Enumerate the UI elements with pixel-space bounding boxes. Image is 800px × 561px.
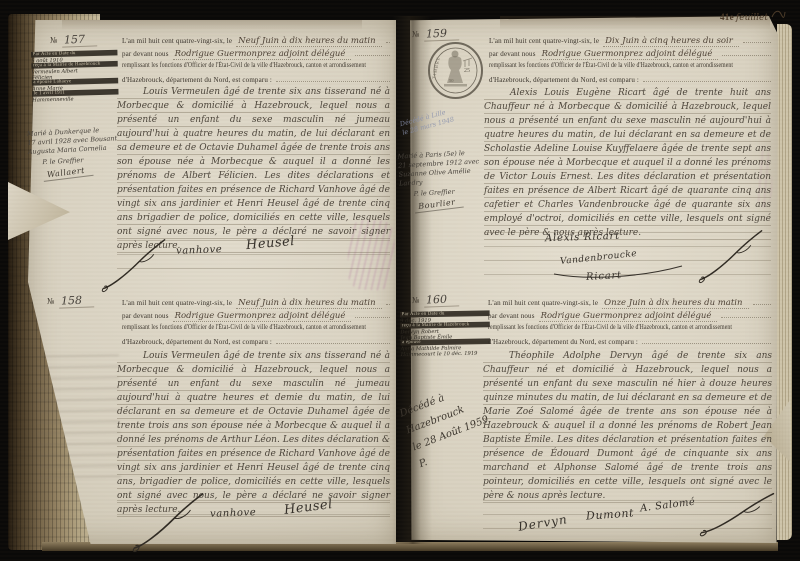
preamble-158: L'an mil huit cent quatre-vingt-six, leN… [122,295,390,347]
act-number-158: № 158 [47,294,94,308]
act-body-159: Alexis Louis Eugène Ricart âgé de trente… [484,86,771,240]
folio-word: feuillet [736,13,768,23]
rule-line [642,334,771,344]
witness-signature: vanhove [176,244,223,257]
number-sign: № [50,36,58,45]
officer-paraph-icon [98,234,170,296]
paraph-icon [770,8,786,20]
rule-line [276,334,390,344]
rule-line [386,33,390,43]
printed-text: d'Hazebrouck, département du Nord, est c… [488,336,638,349]
stamp-word: TIMBRE [431,56,441,80]
printed-text: remplissant les fonctions d'Officier de … [489,59,733,72]
act-number-value: 157 [61,32,96,47]
printed-text: L'an mil huit cent quatre-vingt-six, le [488,297,598,310]
act-number-value: 159 [423,26,458,41]
officer-paraph-icon [695,225,767,287]
printed-text: remplissant les fonctions d'Officier de … [488,321,732,334]
rule-line [743,33,771,43]
rule-line [355,46,390,56]
act-number-value: 158 [58,293,93,308]
rule-line [753,295,772,305]
stamp-value-bottom: 50 [449,78,454,83]
printed-text: remplissant les fonctions d'Officier de … [122,321,366,334]
preamble-157: L'an mil huit cent quatre-vingt-six, leN… [122,33,390,85]
printed-text: remplissant les fonctions d'Officier de … [122,59,366,72]
signature-swash-icon [552,262,686,282]
printed-text: L'an mil huit cent quatre-vingt-six, le [489,35,599,48]
rule-line [722,46,771,56]
number-sign: № [412,30,420,39]
rule-line [355,308,390,318]
act-number-160: № 160 [412,293,459,307]
preamble-160: L'an mil huit cent quatre-vingt-six, leO… [488,295,771,347]
book-right-edge [777,24,792,540]
rule-line [643,72,771,82]
margin-note-157: Marié à Dunkerque le 17 avril 1928 avec … [27,124,142,181]
act-body-157: Louis Vermeulen âgé de trente six ans ti… [117,85,390,253]
number-sign: № [412,296,420,305]
printed-text: L'an mil huit cent quatre-vingt-six, le [122,35,232,48]
margin-stamp-160: Par Acte en Date du 9 déc. 1919 reçu à l… [400,310,490,356]
printed-text: d'Hazebrouck, département du Nord, est c… [122,336,272,349]
witness-signature: vanhove [210,507,257,520]
revenue-stamp-icon: 25 50 TIMBRE [427,41,484,100]
rule-line [276,72,390,82]
officer-paraph-icon [126,490,211,554]
printed-text: L'an mil huit cent quatre-vingt-six, le [122,297,232,310]
rule-line [386,295,390,305]
rule-line [721,308,771,318]
preamble-159: L'an mil huit cent quatre-vingt-six, leD… [489,33,771,85]
folio-mark: 41e feuillet [720,8,786,23]
handwritten-date: Dix Juin à cinq heures du soir [603,36,739,47]
folio-number: 41e [720,12,734,22]
margin-stamp-157: Par Acte en Date du 5 août 1910 reçu à l… [31,50,119,103]
officer-paraph-icon [695,476,780,552]
register-scan: 41e feuillet № 157 L'an mil huit cent qu… [0,0,800,561]
stamp-fill: Hammecourt le 10 déc. 1919 [401,350,491,357]
act-number-value: 160 [423,292,458,307]
act-number-157: № 157 [50,33,97,47]
number-sign: № [47,297,55,306]
act-number-159: № 159 [412,27,459,41]
stamp-value-top: 25 [464,68,470,74]
